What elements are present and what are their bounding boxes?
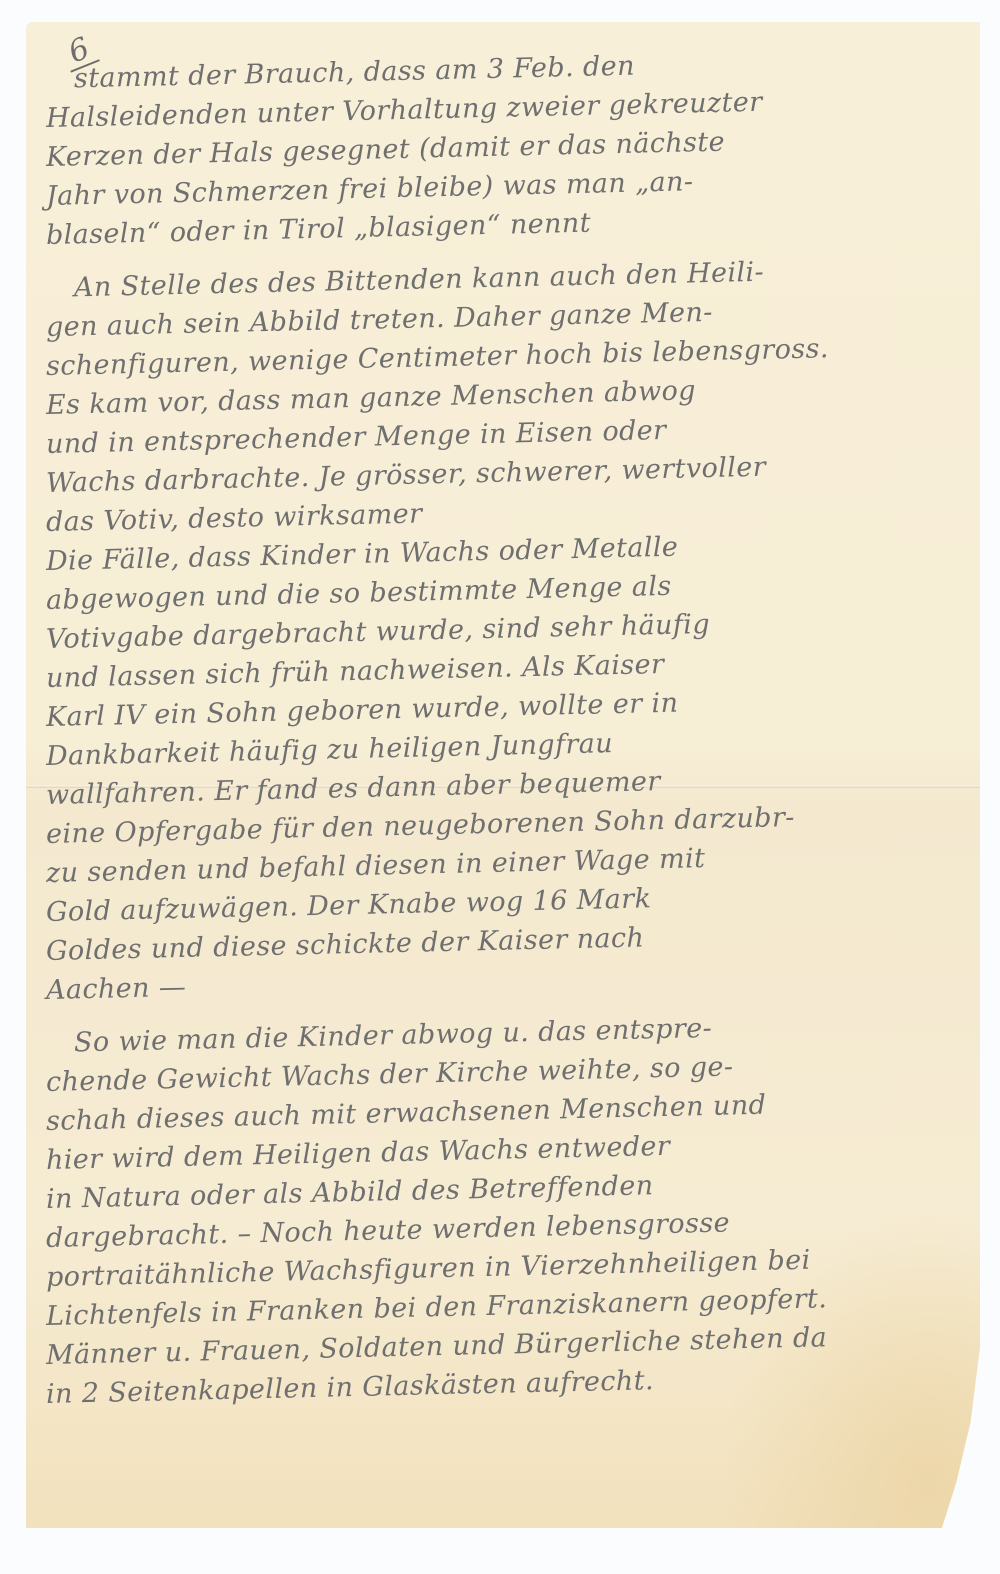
- manuscript-sheet: 6 stammt der Brauch, dass am 3 Feb. den …: [26, 22, 980, 1528]
- handwritten-text-block: stammt der Brauch, dass am 3 Feb. den Ha…: [46, 60, 966, 1414]
